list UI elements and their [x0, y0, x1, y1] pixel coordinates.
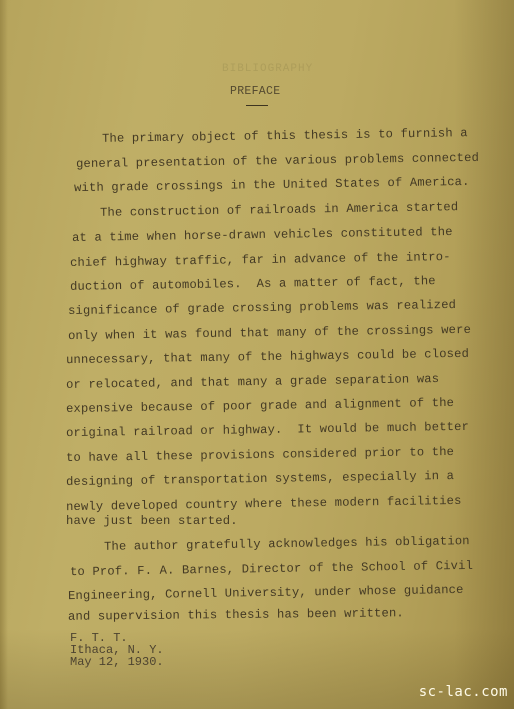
paragraph-2-line-8: or relocated, and that many a grade sepa… — [66, 372, 439, 392]
paragraph-1-line-1: The primary object of this thesis is to … — [102, 126, 468, 146]
paragraph-2-line-7: unnecessary, that many of the highways c… — [66, 347, 469, 367]
paragraph-3-line-1: The author gratefully acknowledges his o… — [104, 534, 470, 554]
paragraph-2-line-13: newly developed country where these mode… — [66, 494, 462, 514]
paragraph-2-line-10: original railroad or highway. It would b… — [66, 420, 469, 440]
paragraph-3-line-2: to Prof. F. A. Barnes, Director of the S… — [70, 559, 473, 579]
paragraph-2-line-11: to have all these provisions considered … — [66, 445, 454, 465]
paragraph-2-line-3: chief highway traffic, far in advance of… — [70, 250, 451, 270]
bleed-through-heading: BIBLIOGRAPHY — [222, 63, 313, 75]
thesis-page: BIBLIOGRAPHY PREFACE The primary object … — [0, 0, 514, 709]
paragraph-2-line-2: at a time when horse-drawn vehicles cons… — [72, 225, 453, 245]
page-title: PREFACE — [230, 85, 280, 98]
paragraph-2-line-14: have just been started. — [66, 514, 238, 528]
signature-date: May 12, 1930. — [70, 656, 164, 668]
paragraph-1-line-3: with grade crossings in the United State… — [74, 175, 470, 195]
paragraph-2-line-9: expensive because of poor grade and alig… — [66, 396, 454, 416]
paragraph-1-line-2: general presentation of the various prob… — [76, 151, 479, 171]
paragraph-3-line-3: Engineering, Cornell University, under w… — [68, 583, 464, 603]
watermark: sc-lac.com — [419, 684, 508, 700]
page-shadow-left — [0, 0, 8, 709]
paragraph-2-line-1: The construction of railroads in America… — [100, 200, 458, 220]
paragraph-2-line-5: significance of grade crossing problems … — [68, 298, 456, 318]
paragraph-2-line-6: only when it was found that many of the … — [68, 323, 471, 343]
paragraph-2-line-12: designing of transportation systems, esp… — [66, 469, 454, 489]
paragraph-3-line-4: and supervision this thesis has been wri… — [68, 606, 404, 624]
paragraph-2-line-4: duction of automobiles. As a matter of f… — [70, 274, 436, 294]
title-underline — [246, 105, 268, 106]
